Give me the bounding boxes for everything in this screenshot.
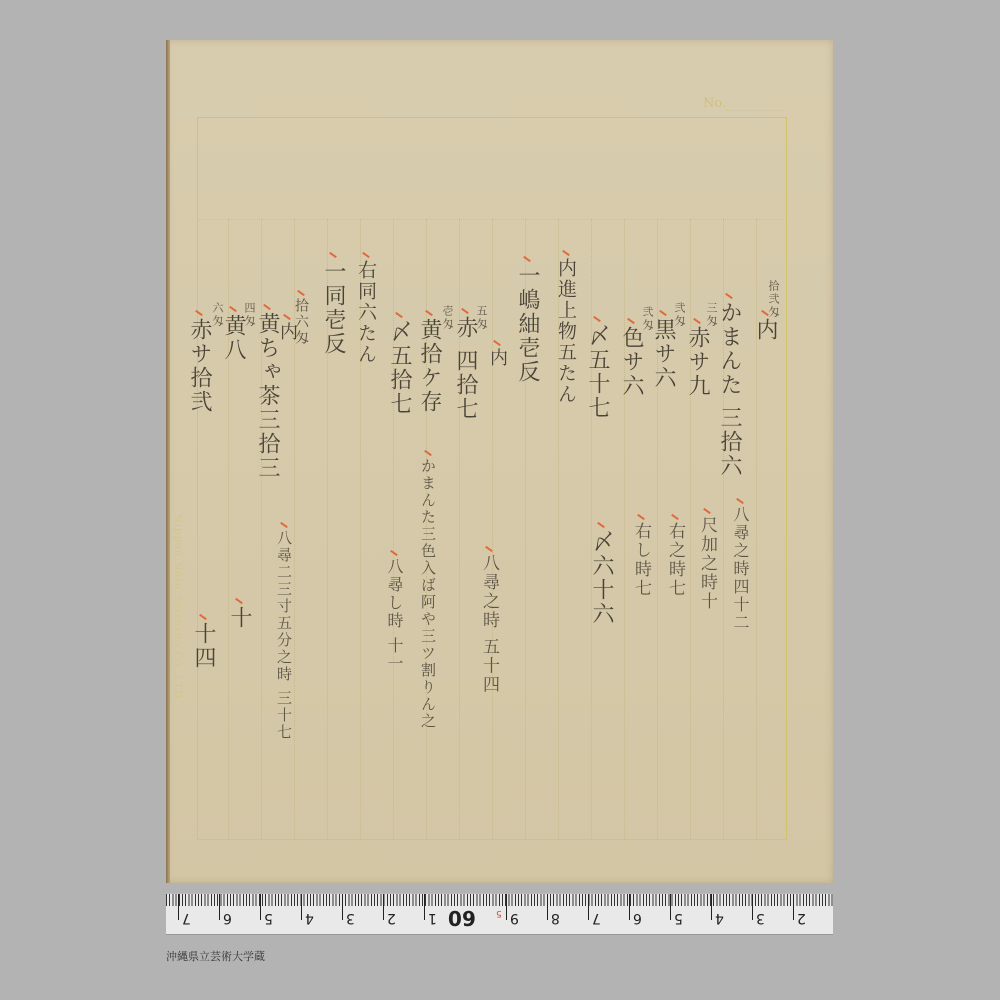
column-annotation: 六匁 <box>212 302 223 328</box>
page-number-line <box>726 110 784 111</box>
handwritten-column: 一同壱反 <box>322 254 344 356</box>
binding-edge <box>166 40 170 883</box>
ruler-major-tick <box>219 894 220 920</box>
ruler-label: 8 <box>551 910 560 926</box>
ruler-major-tick <box>588 894 589 920</box>
column-annotation: 拾弐匁 <box>768 280 779 319</box>
handwritten-column: 右同六たん <box>356 254 375 365</box>
column-rule <box>492 219 493 839</box>
handwritten-column: 黄拾ケ存 <box>418 312 440 414</box>
handwritten-column: 八尋二三寸五分之時 三十七 <box>276 524 291 741</box>
handwritten-column: 十四 <box>192 616 214 670</box>
ruler-major-tick <box>547 894 548 920</box>
ruler-major-tick <box>342 894 343 920</box>
handwritten-column: 赤サ九 <box>686 320 708 398</box>
ruler-label: 7 <box>182 910 191 926</box>
column-annotation: 壱匁 <box>442 305 453 331</box>
ruler-label: 1 <box>428 910 437 926</box>
ruler-major-tick <box>260 894 261 920</box>
ruler-label: 3 <box>346 910 355 926</box>
ruler-ticks <box>166 894 833 906</box>
handwritten-column: 内 <box>488 342 506 368</box>
handwritten-column: 八尋し時 十一 <box>386 552 402 673</box>
ruler-label: 6 <box>223 910 232 926</box>
ruler-major-tick <box>629 894 630 920</box>
ruler-major-tick <box>424 894 425 920</box>
ruler-label: 4 <box>715 910 724 926</box>
page-number-label: No. <box>703 96 726 111</box>
ruler-label: 5 <box>496 908 502 918</box>
handwritten-column: 黄八 <box>222 308 244 362</box>
column-rule <box>393 219 394 839</box>
ruler-label: 2 <box>387 910 396 926</box>
collection-credit: 沖縄県立芸術大学蔵 <box>166 948 265 964</box>
handwritten-column: かまんた 三拾六 <box>718 295 740 478</box>
handwritten-column: 赤 四拾七 <box>454 310 476 421</box>
handwritten-column: 八尋之時四十二 <box>732 500 748 632</box>
ruler-label: 60 <box>448 906 476 930</box>
ruler-major-tick <box>301 894 302 920</box>
ruler-label: 9 <box>510 910 519 926</box>
handwritten-column: 右し時七 <box>632 516 649 598</box>
handwritten-column: 〆六十六 <box>590 524 612 626</box>
ruler-label: 7 <box>592 910 601 926</box>
ruler-major-tick <box>711 894 712 920</box>
handwritten-column: 内進上物五たん <box>556 252 575 405</box>
margin-imprint: Nippon Nōto Seizōsho Co.,LTD. <box>172 514 183 703</box>
column-rule <box>690 219 691 839</box>
handwritten-column: 黄ちゃ茶三拾三 <box>256 306 278 480</box>
notebook-page: No. Nippon Nōto Seizōsho Co.,LTD. 内 拾弐匁 … <box>166 40 833 883</box>
handwritten-column: かまんた三色入ば阿や三ツ割りん之 <box>420 452 435 730</box>
handwritten-column: 赤サ拾弐 <box>188 312 210 414</box>
ruler-major-tick <box>752 894 753 920</box>
handwritten-column: 黒サ六 <box>652 312 674 390</box>
ruler-label: 5 <box>264 910 273 926</box>
ruler-major-tick <box>506 894 507 920</box>
column-rule <box>624 219 625 839</box>
ruler-major-tick <box>670 894 671 920</box>
handwritten-column: 十 <box>228 600 250 630</box>
handwritten-column: 八尋之時 五十四 <box>480 548 497 694</box>
handwritten-column: 〆五十七 <box>586 318 608 420</box>
ruler-label: 4 <box>305 910 314 926</box>
ruler-major-tick <box>178 894 179 920</box>
measuring-ruler: 7 6 5 4 3 2 1 60 5 9 8 7 6 5 4 3 2 <box>166 893 833 935</box>
handwritten-column: 〆五拾七 <box>388 314 410 416</box>
handwritten-column: 右之時七 <box>666 516 683 598</box>
ruler-major-tick <box>383 894 384 920</box>
ruler-major-tick <box>793 894 794 920</box>
ruler-label: 6 <box>633 910 642 926</box>
handwritten-column: 色サ六 <box>620 320 642 398</box>
ruler-label: 2 <box>797 910 806 926</box>
handwritten-column: 内 <box>278 316 296 342</box>
ruler-label: 3 <box>756 910 765 926</box>
handwritten-column: 一嶋紬壱反 <box>516 258 538 384</box>
ruler-label: 5 <box>674 910 683 926</box>
handwritten-column: 尺加之時十 <box>698 510 715 611</box>
